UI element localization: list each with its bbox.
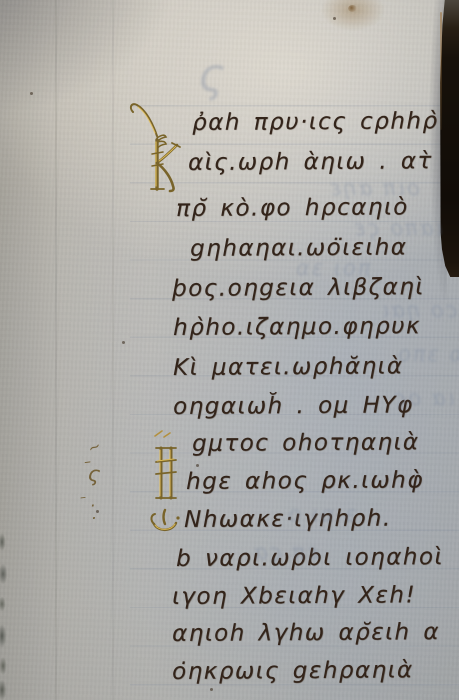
manuscript-text-line: αὶς.ωρh ὰηιω . ατ̀	[188, 148, 433, 176]
margin-gloss-glyph: –	[79, 490, 86, 505]
parchment-crease	[112, 0, 114, 700]
dust-speck	[210, 688, 213, 691]
clamp-edge-highlight	[440, 12, 442, 130]
ink-stain	[348, 5, 357, 12]
manuscript-text-line: Κὶ ματει.ωρhᾰηιὰ	[173, 353, 404, 381]
manuscript-text-line: αηιοh λγhω αρ̆ειh α	[172, 619, 440, 647]
margin-gloss-glyph: .	[92, 504, 97, 523]
manuscript-text-line: ῤαh πρυ·ιϲς ϲρhhρ̀	[192, 108, 439, 136]
bleed-through-text: οπε α	[398, 342, 459, 366]
bleed-through-text: ς	[198, 48, 227, 102]
bleed-through-text: επ ςα	[252, 540, 319, 564]
manuscript-text-line: ιγοη Χbειαhγ Χεh!	[172, 582, 416, 610]
gilded-initial-k	[126, 96, 184, 200]
manuscript-text-line: οηgαιωh̆ . ομ ΗΥφ	[173, 392, 414, 420]
parchment-crease	[55, 0, 57, 700]
bleed-through-text: ιαπο ςε	[352, 216, 443, 240]
bleed-through-text: οιπ αηε	[328, 176, 420, 200]
margin-gloss-mark: ~–ς–·.	[72, 438, 112, 528]
margin-gloss-glyph: ς	[87, 461, 102, 486]
page-left-edge	[0, 530, 9, 700]
manuscript-text-line: ο̇ηκρωις gεhραηιὰ	[172, 657, 414, 685]
manuscript-text-line: hgε αhος ρκ.ιωhφ̀	[186, 467, 424, 495]
bleed-through-text: ϲο ηαι	[380, 298, 457, 322]
manuscript-page-photo: ῤαh πρυ·ιϲς ϲρhhρ̀αὶς.ωρh ὰηιω . ατ̀πρ̆ …	[0, 0, 459, 700]
bleed-through-text: ο ια ε	[288, 502, 359, 526]
dust-speck	[122, 341, 125, 344]
dust-speck	[30, 92, 33, 95]
manuscript-text-line: gμτοϲ οhοτηαηιὰ	[192, 429, 420, 457]
dust-speck	[333, 17, 336, 20]
bleed-through-text: αε ιοπ	[296, 256, 372, 280]
dust-speck	[196, 464, 199, 467]
bleed-through-text: ια ος	[392, 386, 455, 410]
